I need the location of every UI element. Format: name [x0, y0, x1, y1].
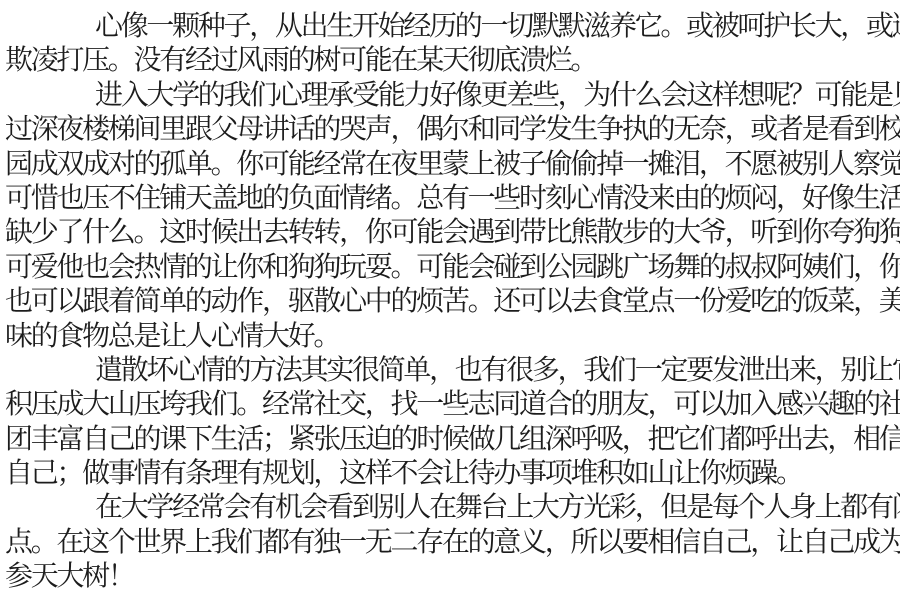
document-body: 心像一颗种子，从出生开始经历的一切默默滋养它。或被呵护长大，或遭受欺凌打压。没有…: [0, 0, 900, 594]
text-line: 园成双成对的孤单。你可能经常在夜里蒙上被子偷偷掉一摊泪，不愿被别人察觉: [5, 147, 898, 181]
text-line: 过深夜楼梯间里跟父母讲话的哭声，偶尔和同学发生争执的无奈，或者是看到校: [5, 112, 898, 146]
text-line: 进入大学的我们心理承受能力好像更差些，为什么会这样想呢？可能是见到: [5, 78, 898, 112]
text-line: 自己；做事情有条理有规划，这样不会让待办事项堆积如山让你烦躁。: [5, 456, 898, 490]
text-line: 积压成大山压垮我们。经常社交，找一些志同道合的朋友，可以加入感兴趣的社: [5, 387, 898, 421]
text-line: 团丰富自己的课下生活；紧张压迫的时候做几组深呼吸，把它们都呼出去，相信: [5, 422, 898, 456]
paragraph: 遣散坏心情的方法其实很简单，也有很多，我们一定要发泄出来，别让它们积压成大山压垮…: [5, 353, 898, 491]
text-line: 在大学经常会有机会看到别人在舞台上大方光彩，但是每个人身上都有闪光: [5, 490, 898, 524]
text-line: 可惜也压不住铺天盖地的负面情绪。总有一些时刻心情没来由的烦闷，好像生活: [5, 181, 898, 215]
text-line: 欺凌打压。没有经过风雨的树可能在某天彻底溃烂。: [5, 43, 898, 77]
paragraph: 在大学经常会有机会看到别人在舞台上大方光彩，但是每个人身上都有闪光点。在这个世界…: [5, 490, 898, 593]
text-line: 遣散坏心情的方法其实很简单，也有很多，我们一定要发泄出来，别让它们: [5, 353, 898, 387]
text-line: 缺少了什么。这时候出去转转，你可能会遇到带比熊散步的大爷，听到你夸狗狗: [5, 215, 898, 249]
text-line: 可爱他也会热情的让你和狗狗玩耍。可能会碰到公园跳广场舞的叔叔阿姨们，你: [5, 250, 898, 284]
text-line: 也可以跟着简单的动作，驱散心中的烦苦。还可以去食堂点一份爱吃的饭菜，美: [5, 284, 898, 318]
text-line: 点。在这个世界上我们都有独一无二存在的意义，所以要相信自己，让自己成为: [5, 525, 898, 559]
text-line: 味的食物总是让人心情大好。: [5, 319, 898, 353]
text-line: 心像一颗种子，从出生开始经历的一切默默滋养它。或被呵护长大，或遭受: [5, 9, 898, 43]
paragraph: 进入大学的我们心理承受能力好像更差些，为什么会这样想呢？可能是见到过深夜楼梯间里…: [5, 78, 898, 353]
paragraph: 心像一颗种子，从出生开始经历的一切默默滋养它。或被呵护长大，或遭受欺凌打压。没有…: [5, 9, 898, 78]
text-line: 参天大树！: [5, 559, 898, 593]
